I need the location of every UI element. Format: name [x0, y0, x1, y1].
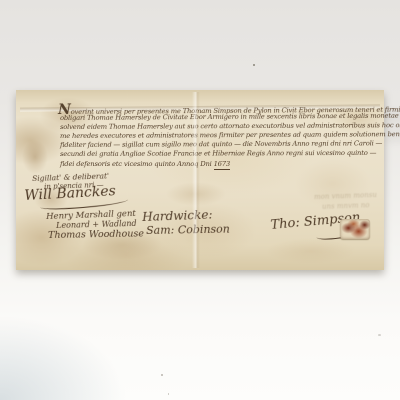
manuscript-line-5: fideliter faciend — sigillat cum sigillo… [60, 139, 382, 149]
vellum-document: Noverint universi per presentes me Thoma… [16, 90, 384, 270]
stain [22, 140, 48, 174]
photo-backdrop: Noverint universi per presentes me Thoma… [0, 0, 400, 400]
manuscript-line-7: fidei defensoris etc vicesimo quinto Ann… [60, 160, 230, 168]
stain [166, 182, 226, 206]
dust-speck [253, 64, 255, 66]
document-year: 1673 [214, 160, 231, 170]
manuscript-line-6: secundi dei gratia Angliae Scotiae Franc… [60, 149, 376, 158]
manuscript-line-7-text: fidei defensoris etc vicesimo quinto Ann… [60, 160, 212, 168]
dust-speck [378, 334, 381, 336]
red-wax-seal [340, 219, 370, 239]
parchment-sheet: Noverint universi per presentes me Thoma… [16, 90, 384, 270]
show-through-text: mon vnum monsu [314, 191, 377, 201]
center-signature-robinson: Sam: Cobinson [146, 223, 230, 237]
dust-speck [168, 393, 169, 395]
witness-signature-3: Thomas Woodhouse [48, 228, 144, 241]
stain [266, 238, 356, 264]
dust-speck [161, 374, 163, 376]
center-signature-hardwicke: Hardwicke: [142, 208, 213, 224]
show-through-text: uns mnvm no [322, 201, 370, 211]
manuscript-line-2: obligari Thomae Hamersley de Civitate Eb… [60, 111, 400, 122]
